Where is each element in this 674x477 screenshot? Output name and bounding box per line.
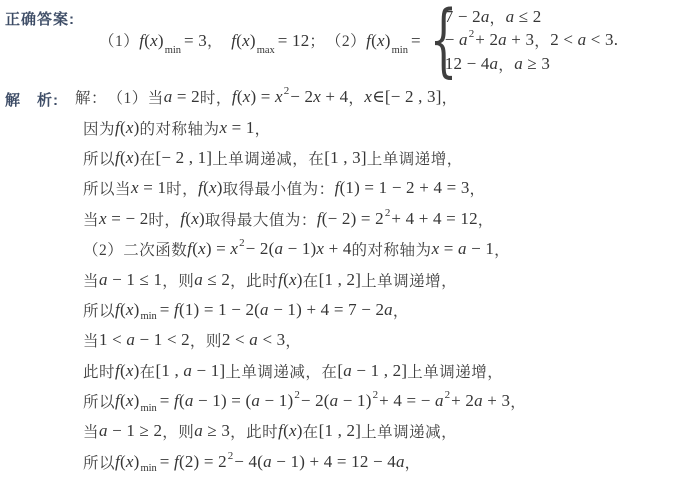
analysis-label: 解 析: (5, 89, 59, 110)
analysis-content: 解： （1）当a = 2时，f(x) = x2 − 2x + 4，x∈[− 2 … (75, 82, 673, 477)
piecewise-rows: 7 − 2a ，a ≤ 2 − a2 + 2a + 3 ，2 < a < 3. … (445, 5, 618, 76)
analysis-line: 解： （1）当a = 2时，f(x) = x2 − 2x + 4，x∈[− 2 … (75, 82, 673, 112)
analysis-line: 所以f(x)min = f(2) = 22 − 4(a − 1) + 4 = 1… (75, 447, 673, 477)
analysis-line: 当1 < a − 1 < 2，则2 < a < 3， (75, 325, 673, 355)
answer-content: （1）f(x)min = 3， f(x)max = 12； （2）f(x)min… (99, 2, 618, 78)
analysis-line: （2）二次函数f(x) = x2 − 2(a − 1)x + 4的对称轴为x =… (75, 234, 673, 264)
analysis-line: 此时f(x)在[1 , a − 1]上单调递减，在[a − 1 , 2]上单调递… (75, 356, 673, 386)
analysis-line: 所以当x = 1时，f(x)取得最小值为：f(1) = 1 − 2 + 4 = … (75, 173, 673, 203)
analysis-line: 当x = − 2时，f(x)取得最大值为：f(− 2) = 22 + 4 + 4… (75, 204, 673, 234)
analysis-line: 所以f(x)min = f(1) = 1 − 2(a − 1) + 4 = 7 … (75, 295, 673, 325)
answer-formula: （1）f(x)min = 3， f(x)max = 12； （2）f(x)min… (99, 29, 421, 51)
piecewise-row: 12 − 4a ，a ≥ 3 (445, 52, 618, 76)
analysis-line: 所以f(x)在[− 2 , 1]上单调递减，在[1 , 3]上单调递增， (75, 143, 673, 173)
analysis-line: 因为f(x)的对称轴为x = 1， (75, 112, 673, 142)
analysis-line: 当a − 1 ≤ 1，则a ≤ 2，此时f(x)在[1 , 2]上单调递增， (75, 264, 673, 294)
piecewise-brace-icon: { (429, 4, 440, 76)
piecewise-row: 7 − 2a ，a ≤ 2 (445, 5, 618, 29)
piecewise-row: − a2 + 2a + 3 ，2 < a < 3. (445, 28, 618, 52)
correct-answer-label: 正确答案: (5, 8, 75, 29)
analysis-line: 所以f(x)min = f(a − 1) = (a − 1)2 − 2(a − … (75, 386, 673, 416)
analysis-line: 当a − 1 ≥ 2，则a ≥ 3，此时f(x)在[1 , 2]上单调递减， (75, 416, 673, 446)
piecewise-function: { 7 − 2a ，a ≤ 2 − a2 + 2a + 3 ，2 < a < 3… (425, 4, 618, 76)
